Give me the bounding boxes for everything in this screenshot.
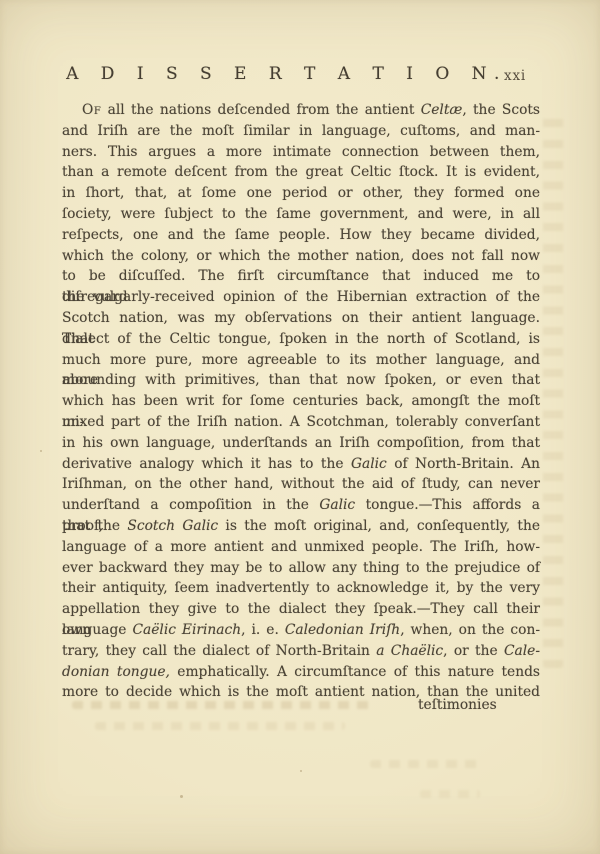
catchword: teſtimonies [418, 697, 497, 713]
text-segment: mixed part of the Iriſh nation. A Scotch… [62, 414, 540, 430]
text-segment: , i. e. [241, 622, 285, 638]
text-line: mixed part of the Iriſh nation. A Scotch… [62, 412, 540, 433]
italic-text: Caledonian Iriſh [285, 622, 400, 638]
text-segment: , when, on the con- [400, 622, 540, 638]
text-line: reſpects, one and the ſame people. How t… [62, 225, 540, 246]
text-segment: which the colony, or which the mother na… [62, 248, 540, 264]
text-segment: ever backward they may be to allow any t… [62, 560, 540, 576]
italic-text: Scotch Galic [127, 518, 218, 534]
bleedthrough-line [420, 790, 480, 798]
text-line: the vulgarly-received opinion of the Hib… [62, 287, 540, 308]
text-segment: reſpects, one and the ſame people. How t… [62, 227, 540, 243]
italic-text: Celtæ [421, 102, 463, 118]
text-line: ever backward they may be to allow any t… [62, 558, 540, 579]
text-line: Iriſhman, on the other hand, without the… [62, 474, 540, 495]
text-segment: is the moſt original, and, conſequently,… [218, 518, 540, 534]
text-segment: their antiquity, ſeem inadvertently to a… [62, 580, 540, 596]
bleedthrough-line [95, 722, 345, 730]
text-segment: , the Scots [462, 102, 540, 118]
page-number: xxi [504, 68, 526, 84]
text-line: and Iriſh are the moſt ſimilar in langua… [62, 121, 540, 142]
text-line: much more pure, more agreeable to its mo… [62, 350, 540, 371]
italic-text: a Chaëlic [376, 643, 443, 659]
bleedthrough-line [370, 760, 480, 768]
text-line: underſtand a compoſition in the Galic to… [62, 495, 540, 516]
paper-speck [300, 770, 302, 772]
text-line: language Caëlic Eirinach, i. e. Caledoni… [62, 620, 540, 641]
book-page-scan: A D I S S E R T A T I O N. xxi Of all th… [0, 0, 600, 854]
text-line: in ſhort, that, at ſome one period or ot… [62, 183, 540, 204]
text-line: appellation they give to the dialect the… [62, 599, 540, 620]
text-segment: emphatically. A circumſtance of this nat… [170, 664, 540, 680]
text-segment: language [62, 622, 132, 638]
text-segment: dialect of the Celtic tongue, ſpoken in … [62, 331, 540, 347]
text-line: their antiquity, ſeem inadvertently to a… [62, 578, 540, 599]
text-line: ſociety, were ſubject to the ſame govern… [62, 204, 540, 225]
text-line: ners. This argues a more intimate connec… [62, 142, 540, 163]
italic-text: Galic [351, 456, 387, 472]
text-segment: the vulgarly-received opinion of the Hib… [62, 289, 540, 305]
text-line: trary, they call the dialect of North-Br… [62, 641, 540, 662]
text-line: donian tongue, emphatically. A circumſta… [62, 662, 540, 683]
text-segment: ſociety, were ſubject to the ſame govern… [62, 206, 540, 222]
text-segment: Iriſhman, on the other hand, without the… [62, 476, 540, 492]
page-header: A D I S S E R T A T I O N. xxi [62, 64, 540, 88]
paper-speck [180, 795, 183, 798]
text-segment: and Iriſh are the moſt ſimilar in langua… [62, 123, 540, 139]
text-line: which the colony, or which the mother na… [62, 246, 540, 267]
text-line: abounding with primitives, than that now… [62, 370, 540, 391]
text-segment: in his own language, underſtands an Iriſ… [62, 435, 540, 451]
text-segment: than a remote deſcent from the great Cel… [62, 164, 540, 180]
text-segment: that the [62, 518, 127, 534]
paper-speck [40, 450, 42, 452]
body-text: Of all the nations deſcended from the an… [62, 100, 540, 703]
text-segment: of North-Britain. An [387, 456, 540, 472]
text-segment: in ſhort, that, at ſome one period or ot… [62, 185, 540, 201]
text-segment: trary, they call the dialect of North-Br… [62, 643, 376, 659]
text-segment: abounding with primitives, than that now… [62, 372, 540, 388]
text-line: than a remote deſcent from the great Cel… [62, 162, 540, 183]
text-segment: Of [82, 102, 101, 118]
italic-text: Cale- [504, 643, 540, 659]
page-title: A D I S S E R T A T I O N. [66, 64, 508, 84]
text-segment: derivative analogy which it has to the [62, 456, 351, 472]
text-segment: all the nations deſcended from the antie… [101, 102, 420, 118]
text-segment: language of a more antient and unmixed p… [62, 539, 540, 555]
text-line: dialect of the Celtic tongue, ſpoken in … [62, 329, 540, 350]
italic-text: donian tongue, [62, 664, 170, 680]
italic-text: Caëlic Eirinach [132, 622, 241, 638]
text-line: in his own language, underſtands an Iriſ… [62, 433, 540, 454]
text-line: to be diſcuſſed. The firſt circumſtance … [62, 266, 540, 287]
text-line: Of all the nations deſcended from the an… [62, 100, 540, 121]
text-line: derivative analogy which it has to the G… [62, 454, 540, 475]
text-segment: , or the [443, 643, 504, 659]
text-line: Scotch nation, was my obſervations on th… [62, 308, 540, 329]
text-line: which has been writ for ſome centuries b… [62, 391, 540, 412]
bleedthrough-right-margin [543, 108, 563, 668]
text-segment: ners. This argues a more intimate connec… [62, 144, 540, 160]
text-segment: underſtand a compoſition in the [62, 497, 319, 513]
text-line: language of a more antient and unmixed p… [62, 537, 540, 558]
text-line: that the Scotch Galic is the moſt origin… [62, 516, 540, 537]
italic-text: Galic [319, 497, 355, 513]
